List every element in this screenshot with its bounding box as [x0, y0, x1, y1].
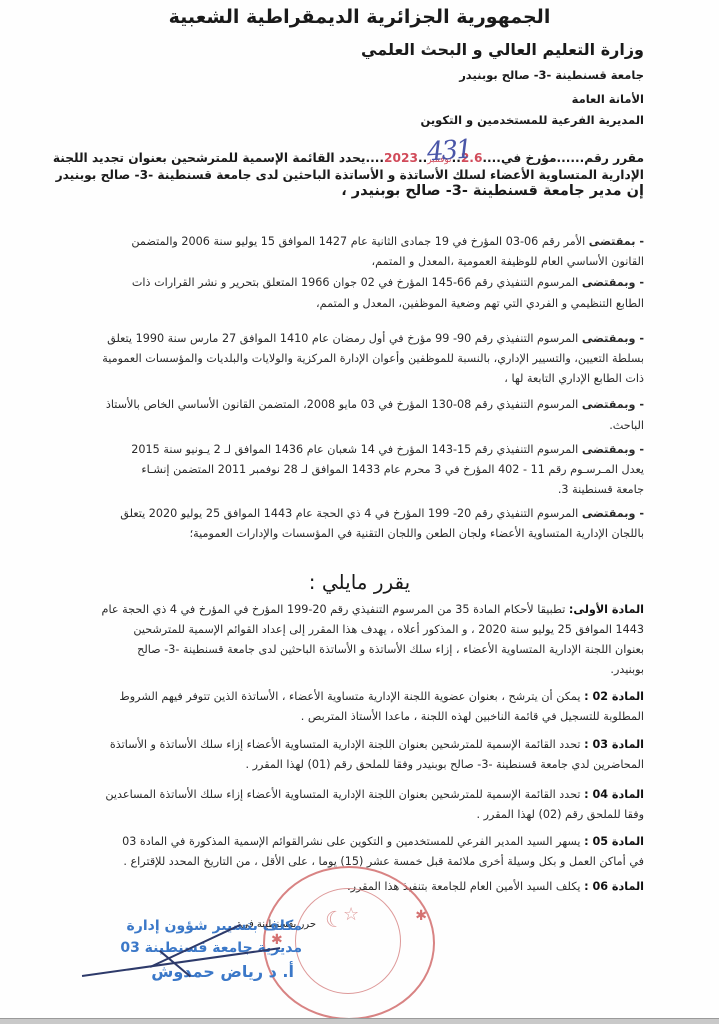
university-name: جامعة قسنطينة -3- صالح بوبنيدر — [459, 68, 644, 82]
article-2-line-2: المطلوبة للتسجيل في قائمة الناخبين لهذه … — [301, 710, 644, 723]
article-5-line-2: في أماكن العمل و بكل وسيلة أخرى ملائمة ق… — [123, 855, 644, 868]
article-5-line-1: المادة 05 : يسهر السيد المدير الفرعي للم… — [122, 835, 644, 848]
seal-crescent-icon: ☾ — [325, 908, 345, 933]
whereas-3-line-2: بسلطة التعيين، والتسيير الإداري، بالنسبة… — [102, 352, 644, 365]
director-preamble: إن مدير جامعة قسنطينة -3- صالح بوبنيدر ، — [341, 183, 644, 199]
article-1-line-4: بوبنيدر. — [610, 663, 644, 676]
whereas-2-line-1: - وبمقتضى المرسوم التنفيذي رقم 66-145 ال… — [132, 276, 644, 289]
article-1-label: المادة الأولى: — [569, 603, 644, 616]
signature-stamp-line1: مكلف بتسيير شؤون إدارة — [127, 918, 302, 934]
whereas-1-line-2: القانون الأساسي العام للوظيفة العمومية ،… — [372, 255, 644, 268]
article-6-label: المادة 06 : — [584, 880, 644, 893]
general-secretariat: الأمانة العامة — [572, 92, 644, 106]
whereas-4-line-1: - وبمقتضى المرسوم التنفيذي رقم 08-130 ال… — [106, 398, 644, 411]
article-2-label: المادة 02 : — [584, 690, 644, 703]
article-4-line-2: وفقا للملحق رقم (02) لهذا المقرر . — [477, 808, 645, 821]
decision-subject-line2: الإدارية المتساوية الأعضاء لسلك الأساتذة… — [56, 168, 644, 182]
whereas-1-line-1: - بمقتضى الأمر رقم 06-03 المؤرخ في 19 جم… — [131, 235, 644, 248]
decision-dated-label: مؤرخ في — [501, 151, 557, 165]
whereas-3-line-3: ذات الطابع الإداري التابعة لها ، — [504, 372, 644, 385]
whereas-3-line-1: - وبمقتضى المرسوم التنفيذي رقم 90- 99 مؤ… — [107, 332, 644, 345]
signature-stamp-line3: أ. د رياض حمدوش — [151, 962, 294, 981]
article-3-label: المادة 03 : — [584, 738, 644, 751]
article-1-line-3: بعنوان اللجنة الإدارية المتساوية الأعضاء… — [137, 643, 644, 656]
decision-subject-text: يحدد القائمة الإسمية للمترشحين بعنوان تج… — [53, 151, 366, 165]
whereas-2-line-2: الطابع التنظيمي و الفردي التي تهم وضعية … — [316, 297, 644, 310]
article-3-line-1: المادة 03 : تحدد القائمة الإسمية للمترشح… — [110, 738, 644, 751]
republic-title: الجمهورية الجزائرية الديمقراطية الشعبية — [0, 6, 719, 28]
decision-number-label: مقرر رقم — [584, 151, 644, 165]
article-1-line-2: 1443 الموافق 25 يوليو سنة 2020 ، و المذك… — [133, 623, 644, 636]
document-page: الجمهورية الجزائرية الديمقراطية الشعبية … — [0, 0, 719, 1018]
whereas-5-line-3: جامعة قسنطينة 3. — [558, 483, 644, 496]
article-1-line-1: المادة الأولى: تطبيقا لأحكام المادة 35 م… — [102, 603, 644, 616]
seal-star-icon: ✱ — [415, 908, 427, 924]
article-5-label: المادة 05 : — [584, 835, 644, 848]
whereas-5-line-1: - وبمقتضى المرسوم التنفيذي رقم 15-143 ال… — [131, 443, 644, 456]
decision-year: 2023 — [384, 151, 418, 165]
seal-star-icon: ☆ — [343, 904, 359, 925]
whereas-6-line-2: باللجان الإدارية المتساوية الأعضاء ولجان… — [190, 527, 644, 540]
decides-heading: يقرر مايلي : — [0, 570, 719, 594]
sub-directorate: المديرية الفرعية للمستخدمين و التكوين — [421, 113, 645, 127]
whereas-5-line-2: يعدل المـرسـوم رقم 11 - 402 المؤرخ في 3 … — [141, 463, 644, 476]
article-2-line-1: المادة 02 : يمكن أن يترشح ، بعنوان عضوية… — [119, 690, 644, 703]
whereas-6-line-1: - وبمقتضى المرسوم التنفيذي رقم 20- 199 ا… — [120, 507, 644, 520]
article-3-line-2: المحاضرين لدي جامعة قسنطينة -3- صالح بوب… — [246, 758, 644, 771]
page-bottom-edge — [0, 1018, 719, 1024]
article-4-line-1: المادة 04 : تحدد القائمة الإسمية للمترشح… — [105, 788, 644, 801]
whereas-4-line-2: الباحث. — [609, 419, 644, 432]
ministry-name: وزارة التعليم العالي و البحث العلمي — [361, 40, 644, 59]
article-4-label: المادة 04 : — [584, 788, 644, 801]
decision-subject-line1: مقرر رقم......مؤرخ في....2.6..نوفمبر..20… — [53, 151, 644, 165]
handwritten-decision-number: 431 — [426, 135, 472, 168]
